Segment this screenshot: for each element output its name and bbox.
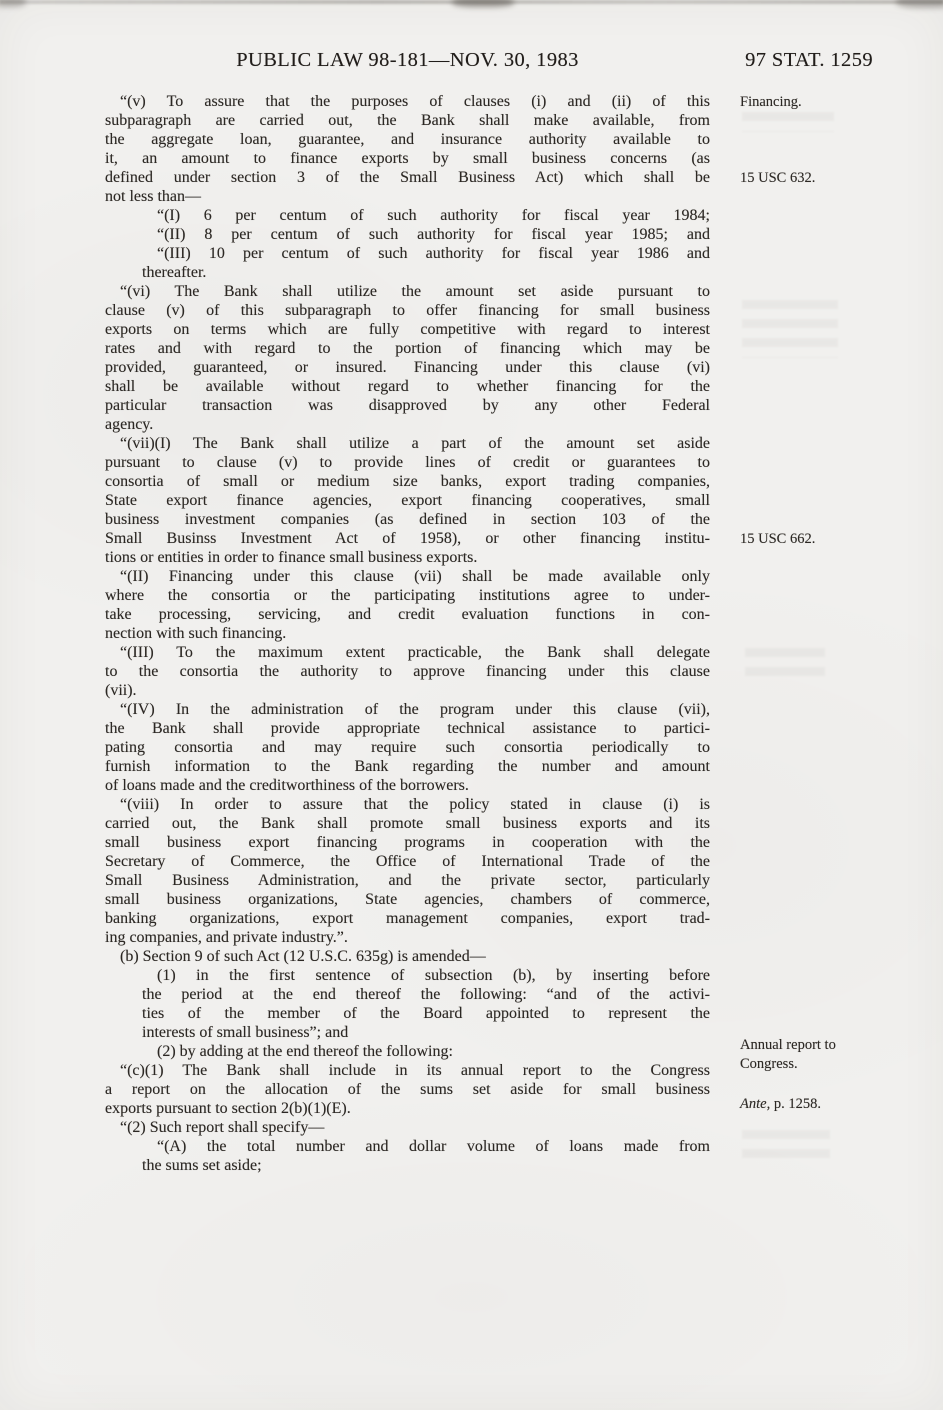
text-line: consortia of small or medium size banks,… [105, 472, 710, 491]
text-line: “(I) 6 per centum of such authority for … [142, 206, 710, 225]
bleed-through-artifact [742, 1130, 830, 1168]
text-line: thereafter. [142, 263, 710, 282]
text-line: the sums set aside; [142, 1156, 710, 1175]
text-line: (2) by adding at the end thereof the fol… [142, 1042, 710, 1061]
document-page: PUBLIC LAW 98-181—NOV. 30, 1983 97 STAT.… [0, 0, 943, 1410]
text-line: “(III) To the maximum extent practicable… [105, 643, 710, 662]
text-line: exports pursuant to section 2(b)(1)(E). [105, 1099, 710, 1118]
text-line: carried out, the Bank shall promote smal… [105, 814, 710, 833]
statute-body: “(v) To assure that the purposes of clau… [105, 92, 710, 1175]
text-line: the aggregate loan, guarantee, and insur… [105, 130, 710, 149]
paragraph: (2) by adding at the end thereof the fol… [105, 1042, 710, 1061]
text-line: small business export financing programs… [105, 833, 710, 852]
paragraph: “(I) 6 per centum of such authority for … [105, 206, 710, 225]
text-line: furnish information to the Bank regardin… [105, 757, 710, 776]
text-line: Small Business Administration, and the p… [105, 871, 710, 890]
scan-smudge-artifact [0, 0, 26, 7]
text-line: Secretary of Commerce, the Office of Int… [105, 852, 710, 871]
text-line: take processing, servicing, and credit e… [105, 605, 710, 624]
text-line: ties of the member of the Board appointe… [142, 1004, 710, 1023]
text-line: of loans made and the creditworthiness o… [105, 776, 710, 795]
text-line: “(vii)(I) The Bank shall utilize a part … [105, 434, 710, 453]
bleed-through-artifact [742, 112, 834, 132]
paragraph: “(c)(1) The Bank shall include in its an… [105, 1061, 710, 1118]
paragraph: “(III) To the maximum extent practicable… [105, 643, 710, 700]
text-line: a report on the allocation of the sums s… [105, 1080, 710, 1099]
text-line: Small Businss Investment Act of 1958), o… [105, 529, 710, 548]
paragraph: “(v) To assure that the purposes of clau… [105, 92, 710, 206]
text-line: “(c)(1) The Bank shall include in its an… [105, 1061, 710, 1080]
text-line: tions or entities in order to finance sm… [105, 548, 710, 567]
text-line: not less than— [105, 187, 710, 206]
text-line: nection with such financing. [105, 624, 710, 643]
paragraph: (b) Section 9 of such Act (12 U.S.C. 635… [105, 947, 710, 966]
text-line: “(III) 10 per centum of such authority f… [142, 244, 710, 263]
text-line: exports on terms which are fully competi… [105, 320, 710, 339]
text-line: banking organizations, export management… [105, 909, 710, 928]
text-line: the period at the end thereof the follow… [142, 985, 710, 1004]
text-line: “(IV) In the administration of the progr… [105, 700, 710, 719]
text-line: pating consortia and may require such co… [105, 738, 710, 757]
paragraph: (1) in the first sentence of subsection … [105, 966, 710, 1042]
law-title: PUBLIC LAW 98-181—NOV. 30, 1983 [105, 49, 710, 72]
margin-note-italic: Ante, [740, 1096, 770, 1112]
text-line: “(II) 8 per centum of such authority for… [142, 225, 710, 244]
text-line: small business organizations, State agen… [105, 890, 710, 909]
page-header: PUBLIC LAW 98-181—NOV. 30, 1983 97 STAT.… [0, 49, 943, 77]
text-line: provided, guaranteed, or insured. Financ… [105, 358, 710, 377]
text-line: (b) Section 9 of such Act (12 U.S.C. 635… [105, 947, 710, 966]
paragraph: “(vi) The Bank shall utilize the amount … [105, 282, 710, 434]
text-line: to the consortia the authority to approv… [105, 662, 710, 681]
paragraph: “(viii) In order to assure that the poli… [105, 795, 710, 947]
paragraph: “(2) Such report shall specify— [105, 1118, 710, 1137]
text-line: where the consortia or the participating… [105, 586, 710, 605]
text-line: shall be available without regard to whe… [105, 377, 710, 396]
scan-smudge-artifact [896, 0, 943, 8]
text-line: rates and with regard to the portion of … [105, 339, 710, 358]
text-line: agency. [105, 415, 710, 434]
margin-note: Ante, p. 1258. [740, 1095, 880, 1114]
stat-citation: 97 STAT. 1259 [745, 49, 873, 72]
text-line: “(vi) The Bank shall utilize the amount … [105, 282, 710, 301]
bleed-through-artifact [745, 648, 825, 686]
text-line: “(A) the total number and dollar volume … [142, 1137, 710, 1156]
text-line: it, an amount to finance exports by smal… [105, 149, 710, 168]
text-line: subparagraph are carried out, the Bank s… [105, 111, 710, 130]
text-line: “(viii) In order to assure that the poli… [105, 795, 710, 814]
paragraph: “(IV) In the administration of the progr… [105, 700, 710, 795]
bleed-through-artifact [742, 300, 838, 358]
paragraph: “(III) 10 per centum of such authority f… [105, 244, 710, 282]
paragraph: “(II) Financing under this clause (vii) … [105, 567, 710, 643]
margin-note: 15 USC 632. [740, 169, 880, 188]
text-line: pursuant to clause (v) to provide lines … [105, 453, 710, 472]
text-line: clause (v) of this subparagraph to offer… [105, 301, 710, 320]
paragraph: “(vii)(I) The Bank shall utilize a part … [105, 434, 710, 567]
scan-smudge-artifact [452, 0, 514, 7]
text-line: (1) in the first sentence of subsection … [142, 966, 710, 985]
text-line: “(v) To assure that the purposes of clau… [105, 92, 710, 111]
text-line: ing companies, and private industry.”. [105, 928, 710, 947]
text-line: the Bank shall provide appropriate techn… [105, 719, 710, 738]
margin-note: Annual report to Congress. [740, 1036, 880, 1074]
text-line: State export finance agencies, export fi… [105, 491, 710, 510]
text-line: (vii). [105, 681, 710, 700]
text-line: defined under section 3 of the Small Bus… [105, 168, 710, 187]
text-line: “(2) Such report shall specify— [105, 1118, 710, 1137]
margin-note: 15 USC 662. [740, 530, 880, 549]
text-line: particular transaction was disapproved b… [105, 396, 710, 415]
paragraph: “(II) 8 per centum of such authority for… [105, 225, 710, 244]
text-line: “(II) Financing under this clause (vii) … [105, 567, 710, 586]
text-line: interests of small business”; and [142, 1023, 710, 1042]
paragraph: “(A) the total number and dollar volume … [105, 1137, 710, 1175]
margin-note: Financing. [740, 93, 880, 112]
text-line: business investment companies (as define… [105, 510, 710, 529]
